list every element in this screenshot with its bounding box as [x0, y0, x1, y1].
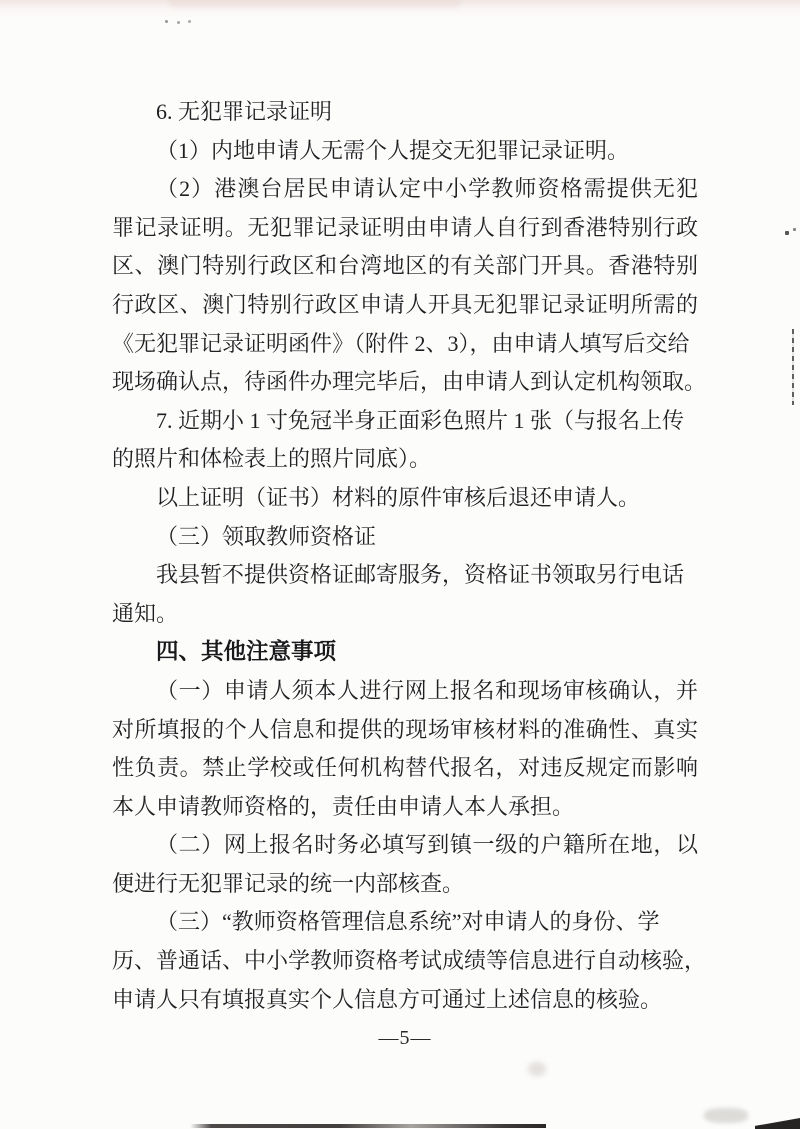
- scan-speck: [785, 231, 789, 235]
- doc-line: 便进行无犯罪记录的统一内部核查。: [112, 865, 698, 904]
- scan-edge-tint: [0, 0, 800, 18]
- scan-bottom-blob: [704, 1108, 748, 1123]
- doc-line: 《无犯罪记录证明函件》（附件 2、3），由申请人填写后交给: [112, 325, 698, 364]
- scan-edge-tint-strong: [170, 0, 460, 10]
- doc-line: 的照片和体检表上的照片同底）。: [112, 440, 698, 479]
- scan-speck: [188, 20, 191, 23]
- section-heading: 四、其他注意事项: [112, 633, 698, 672]
- doc-line: 对所填报的个人信息和提供的现场审核材料的准确性、真实: [112, 711, 698, 750]
- scan-edge-dash-mark: [792, 329, 794, 405]
- doc-line: 6. 无犯罪记录证明: [112, 93, 698, 132]
- doc-subsection-heading: （三）领取教师资格证: [112, 518, 698, 557]
- doc-line: 本人申请教师资格的，责任由申请人本人承担。: [112, 788, 698, 827]
- doc-line: （1）内地申请人无需个人提交无犯罪记录证明。: [112, 132, 698, 171]
- doc-line: 现场确认点，待函件办理完毕后，由申请人到认定机构领取。: [112, 363, 698, 402]
- doc-line: 7. 近期小 1 寸免冠半身正面彩色照片 1 张（与报名上传: [112, 402, 698, 441]
- doc-line: 通知。: [112, 595, 698, 634]
- page-number: —5—: [112, 1019, 698, 1058]
- scan-bottom-corner-mark: [755, 1118, 800, 1129]
- scan-speck: [793, 228, 796, 231]
- doc-line: 性负责。禁止学校或任何机构替代报名，对违反规定而影响: [112, 749, 698, 788]
- doc-line: （一）申请人须本人进行网上报名和现场审核确认，并: [112, 672, 698, 711]
- document-body: 6. 无犯罪记录证明 （1）内地申请人无需个人提交无犯罪记录证明。 （2）港澳台…: [112, 93, 698, 1058]
- doc-line: 行政区、澳门特别行政区申请人开具无犯罪记录证明所需的: [112, 286, 698, 325]
- doc-line: 以上证明（证书）材料的原件审核后退还申请人。: [112, 479, 698, 518]
- doc-line: 罪记录证明。无犯罪记录证明由申请人自行到香港特别行政: [112, 209, 698, 248]
- doc-line: 区、澳门特别行政区和台湾地区的有关部门开具。香港特别: [112, 247, 698, 286]
- doc-line: （二）网上报名时务必填写到镇一级的户籍所在地，以: [112, 826, 698, 865]
- scan-speck: [165, 20, 168, 23]
- doc-line: （2）港澳台居民申请认定中小学教师资格需提供无犯: [112, 170, 698, 209]
- scan-bottom-edge-line: [190, 1124, 546, 1128]
- doc-line: 历、普通话、中小学教师资格考试成绩等信息进行自动核验，: [112, 942, 698, 981]
- doc-line: （三）“教师资格管理信息系统”对申请人的身份、学: [112, 903, 698, 942]
- scan-speck: [177, 21, 180, 24]
- doc-line: 申请人只有填报真实个人信息方可通过上述信息的核验。: [112, 981, 698, 1020]
- doc-line: 我县暂不提供资格证邮寄服务，资格证书领取另行电话: [112, 556, 698, 595]
- scanned-document-page: 6. 无犯罪记录证明 （1）内地申请人无需个人提交无犯罪记录证明。 （2）港澳台…: [0, 0, 800, 1129]
- scan-smudge: [528, 1062, 546, 1076]
